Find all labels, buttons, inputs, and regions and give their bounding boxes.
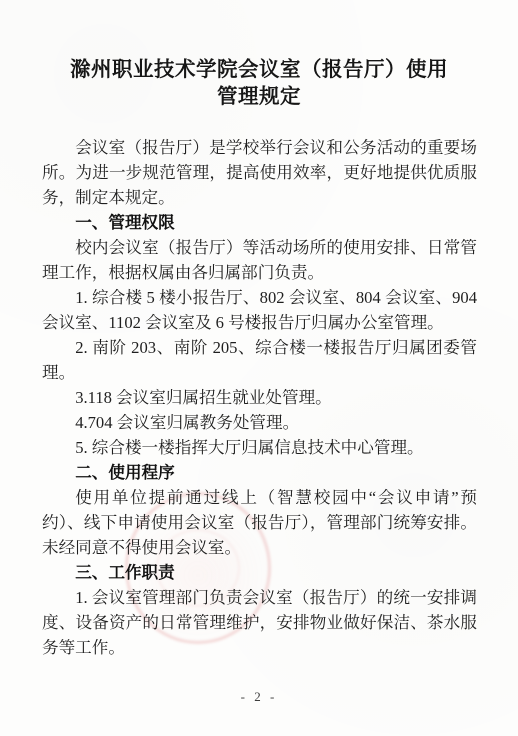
paragraph: 2. 南阶 203、南阶 205、综合楼一楼报告厅归属团委管理。 — [42, 335, 477, 385]
section-heading: 一、管理权限 — [42, 210, 477, 235]
paragraph: 会议室（报告厅）是学校举行会议和公务活动的重要场所。为进一步规范管理，提高使用效… — [42, 135, 477, 210]
page-number: - 2 - — [0, 689, 518, 705]
document-title-line-1: 滁州职业技术学院会议室（报告厅）使用 — [0, 56, 518, 83]
paragraph: 1. 综合楼 5 楼小报告厅、802 会议室、804 会议室、904 会议室、1… — [42, 285, 477, 335]
paragraph: 3.118 会议室归属招生就业处管理。 — [42, 385, 477, 410]
paragraph: 校内会议室（报告厅）等活动场所的使用安排、日常管理工作，根据权属由各归属部门负责… — [42, 235, 477, 285]
section-heading: 二、使用程序 — [42, 460, 477, 485]
section-heading: 三、工作职责 — [42, 560, 477, 585]
paragraph: 4.704 会议室归属教务处管理。 — [42, 410, 477, 435]
document-body: 会议室（报告厅）是学校举行会议和公务活动的重要场所。为进一步规范管理，提高使用效… — [42, 135, 477, 660]
paragraph: 使用单位提前通过线上（智慧校园中“会议申请”预约）、线下申请使用会议室（报告厅）… — [42, 485, 477, 560]
document-title: 滁州职业技术学院会议室（报告厅）使用 管理规定 — [0, 56, 518, 110]
paragraph: 5. 综合楼一楼指挥大厅归属信息技术中心管理。 — [42, 435, 477, 460]
paragraph: 1. 会议室管理部门负责会议室（报告厅）的统一安排调度、设备资产的日常管理维护，… — [42, 585, 477, 660]
document-title-line-2: 管理规定 — [0, 83, 518, 110]
scanned-document-page: 滁州职业技术学院会议室（报告厅）使用 管理规定 会议室（报告厅）是学校举行会议和… — [0, 0, 518, 736]
